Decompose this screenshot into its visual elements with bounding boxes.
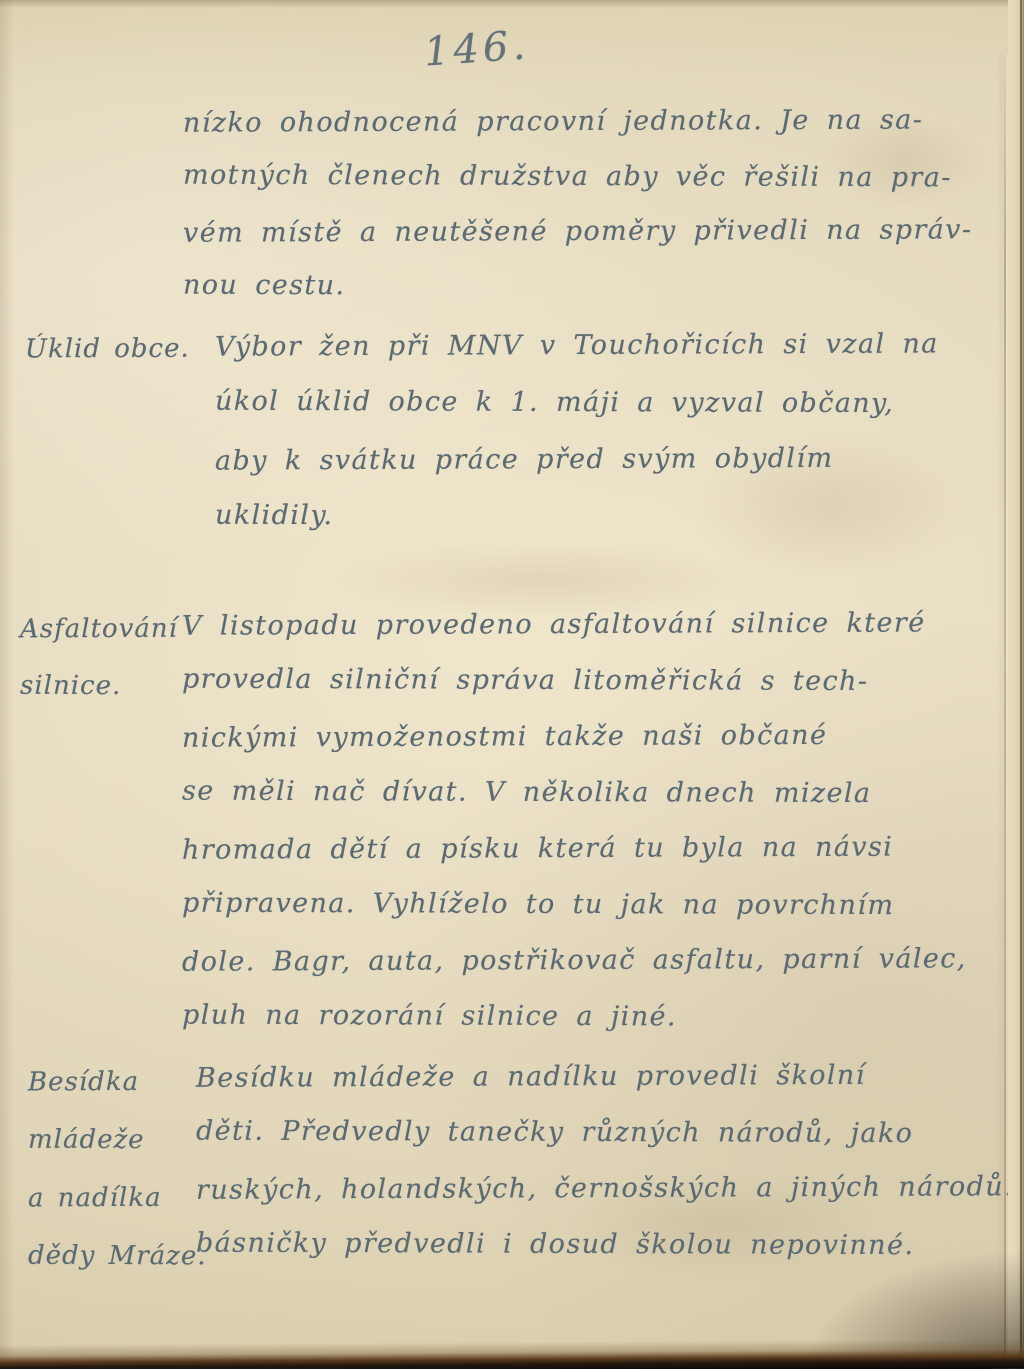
paragraph-text: V listopadu provedeno asfaltování silnic…	[182, 597, 967, 1045]
paragraph-text: Výbor žen při MNV v Touchořicích si vzal…	[215, 317, 939, 545]
text-line: hromada dětí a písku která tu byla na ná…	[182, 819, 967, 878]
text-line: se měli nač dívat. V několika dnech mize…	[182, 764, 967, 823]
page-number: 146.	[423, 22, 531, 75]
page-crease-line	[1004, 55, 1006, 1369]
paper-right-edge-line	[1020, 0, 1022, 1369]
text-line: motných členech družstva aby věc řešili …	[183, 148, 973, 206]
margin-line: mládeže	[28, 1111, 207, 1170]
margin-heading: Úklid obce.	[25, 321, 190, 378]
text-line: děti. Předvedly tanečky různých národů, …	[196, 1104, 1014, 1163]
margin-line: a nadílka	[28, 1169, 207, 1228]
text-line: uklidily.	[215, 487, 939, 547]
margin-line: dědy Mráze.	[28, 1227, 207, 1286]
paper-left-shadow	[0, 0, 14, 1369]
text-line: provedla silniční správa litoměřická s t…	[182, 652, 967, 711]
text-line: připravena. Vyhlíželo to tu jak na povrc…	[182, 876, 967, 935]
margin-line: Asfaltování	[20, 601, 178, 659]
text-line: V listopadu provedeno asfaltování silnic…	[182, 595, 967, 654]
margin-line: Besídka	[28, 1053, 207, 1112]
text-line: aby k svátku práce před svým obydlím	[215, 429, 939, 489]
margin-heading: Asfaltování silnice.	[20, 601, 178, 715]
margin-line: Úklid obce.	[25, 321, 190, 379]
text-line: vém místě a neutěšené poměry přivedli na…	[183, 202, 973, 260]
text-line: Výbor žen při MNV v Touchořicích si vzal…	[215, 315, 939, 375]
text-line: nickými vymoženostmi takže naši občané	[182, 707, 967, 766]
margin-line: silnice.	[20, 658, 178, 716]
text-line: dole. Bagr, auta, postřikovač asfaltu, p…	[182, 931, 967, 990]
text-line: nízko ohodnocená pracovní jednotka. Je n…	[183, 92, 973, 150]
paper-top-edge	[0, 0, 1024, 8]
text-line: pluh na rozorání silnice a jiné.	[182, 988, 967, 1047]
text-line: ruských, holandských, černošských a jiný…	[196, 1159, 1014, 1219]
book-bottom-edge	[0, 1339, 1024, 1369]
paragraph-text: Besídku mládeže a nadílku provedli školn…	[196, 1049, 1014, 1273]
margin-heading: Besídka mládeže a nadílka dědy Mráze.	[28, 1053, 207, 1285]
text-line: Besídku mládeže a nadílku provedli školn…	[196, 1047, 1014, 1107]
chronicle-scanned-page: 146. nízko ohodnocená pracovní jednotka.…	[0, 0, 1024, 1369]
text-line: nou cestu.	[183, 258, 973, 316]
paragraph-text: nízko ohodnocená pracovní jednotka. Je n…	[183, 94, 972, 314]
text-line: úkol úklid obce k 1. máji a vyzval občan…	[215, 373, 939, 433]
